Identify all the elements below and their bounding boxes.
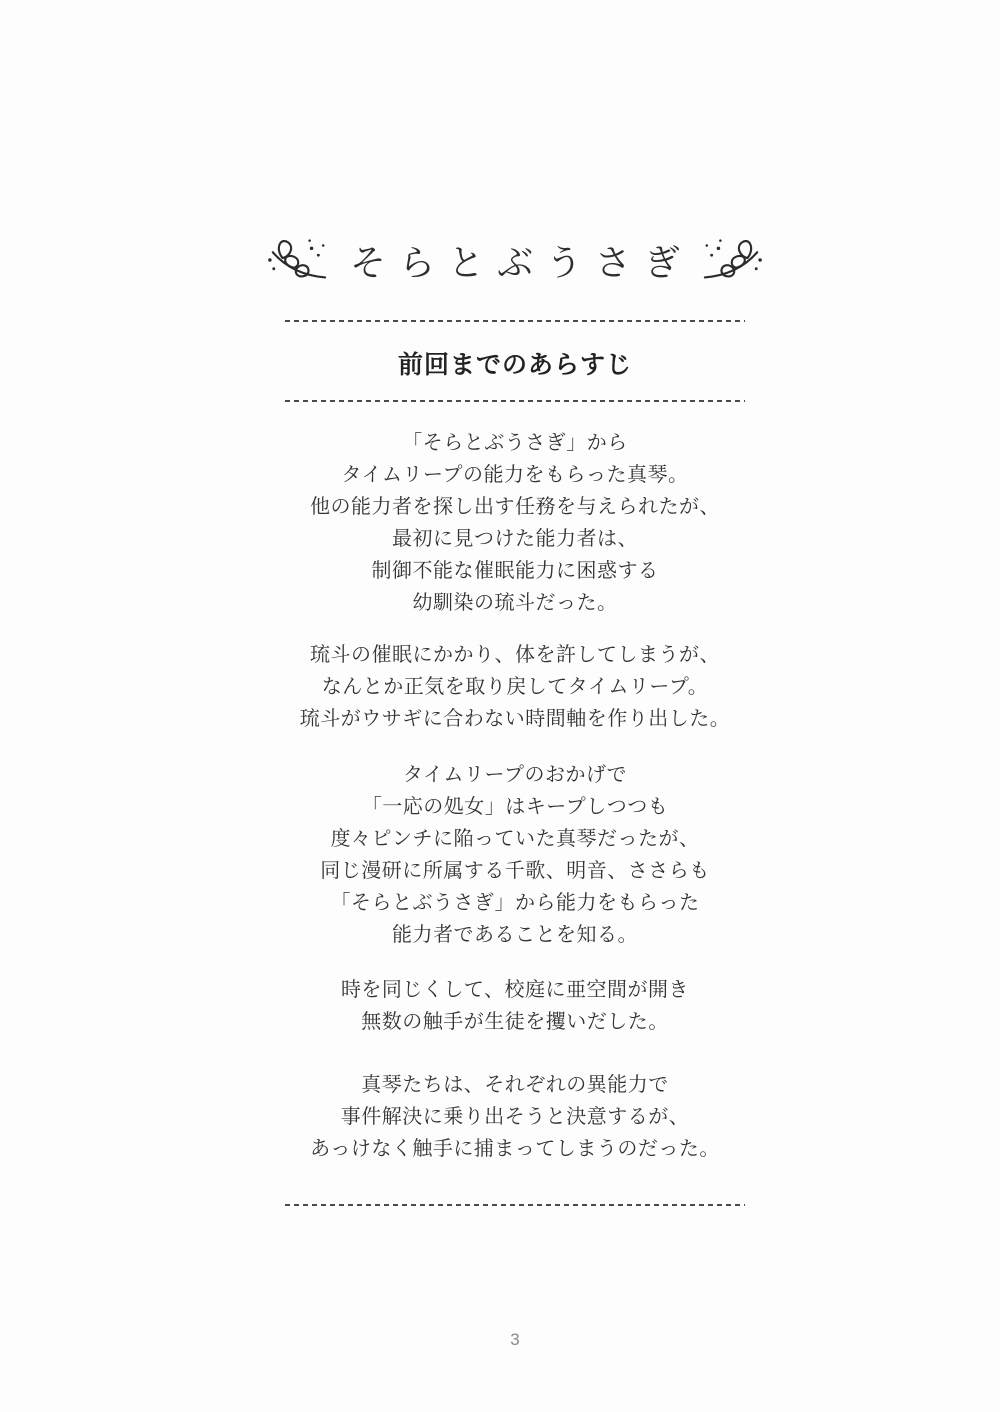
text-line: なんとか正気を取り戻してタイムリープ。 [285,671,745,703]
dashed-divider-under-heading [285,400,745,402]
text-line: 「そらとぶうさぎ」から [285,427,745,459]
sprig-ornament-left-icon [267,232,329,288]
text-line: 最初に見つけた能力者は、 [285,523,745,555]
text-line: 時を同じくして、校庭に亜空間が開き [285,974,745,1006]
text-line: 他の能力者を探し出す任務を与えられたが、 [285,491,745,523]
synopsis-paragraph: タイムリープのおかげで 「一応の処女」はキープしつつも 度々ピンチに陥っていた真… [285,759,745,951]
title-row: そらとぶうさぎ [285,238,745,282]
dashed-divider-top [285,320,745,322]
text-line: 度々ピンチに陥っていた真琴だったが、 [285,823,745,855]
book-title: そらとぶうさぎ [337,235,693,286]
synopsis-paragraph: 「そらとぶうさぎ」から タイムリープの能力をもらった真琴。 他の能力者を探し出す… [285,427,745,619]
book-page: そらとぶうさぎ 前回までのあらすじ 「そらとぶう [0,0,1000,1412]
text-line: 琉斗がウサギに合わない時間軸を作り出した。 [285,703,745,735]
synopsis-paragraph: 真琴たちは、それぞれの異能力で 事件解決に乗り出そうと決意するが、 あっけなく触… [285,1069,745,1165]
page-content-column: そらとぶうさぎ 前回までのあらすじ 「そらとぶう [285,0,745,1350]
synopsis-paragraph: 時を同じくして、校庭に亜空間が開き 無数の触手が生徒を攫いだした。 [285,974,745,1038]
text-line: 能力者であることを知る。 [285,919,745,951]
text-line: 真琴たちは、それぞれの異能力で [285,1069,745,1101]
synopsis-paragraph: 琉斗の催眠にかかり、体を許してしまうが、 なんとか正気を取り戻してタイムリープ。… [285,639,745,735]
text-line: タイムリープの能力をもらった真琴。 [285,459,745,491]
text-line: 制御不能な催眠能力に困惑する [285,555,745,587]
text-line: 同じ漫研に所属する千歌、明音、ささらも [285,855,745,887]
dashed-divider-bottom [285,1204,745,1206]
section-heading: 前回までのあらすじ [285,347,745,383]
text-line: 琉斗の催眠にかかり、体を許してしまうが、 [285,639,745,671]
text-line: 事件解決に乗り出そうと決意するが、 [285,1101,745,1133]
sprig-ornament-right-icon [701,232,763,288]
text-line: あっけなく触手に捕まってしまうのだった。 [285,1133,745,1165]
page-number: 3 [285,1330,745,1350]
text-line: 「一応の処女」はキープしつつも [285,791,745,823]
text-line: 幼馴染の琉斗だった。 [285,587,745,619]
text-line: 「そらとぶうさぎ」から能力をもらった [285,887,745,919]
text-line: タイムリープのおかげで [285,759,745,791]
text-line: 無数の触手が生徒を攫いだした。 [285,1006,745,1038]
